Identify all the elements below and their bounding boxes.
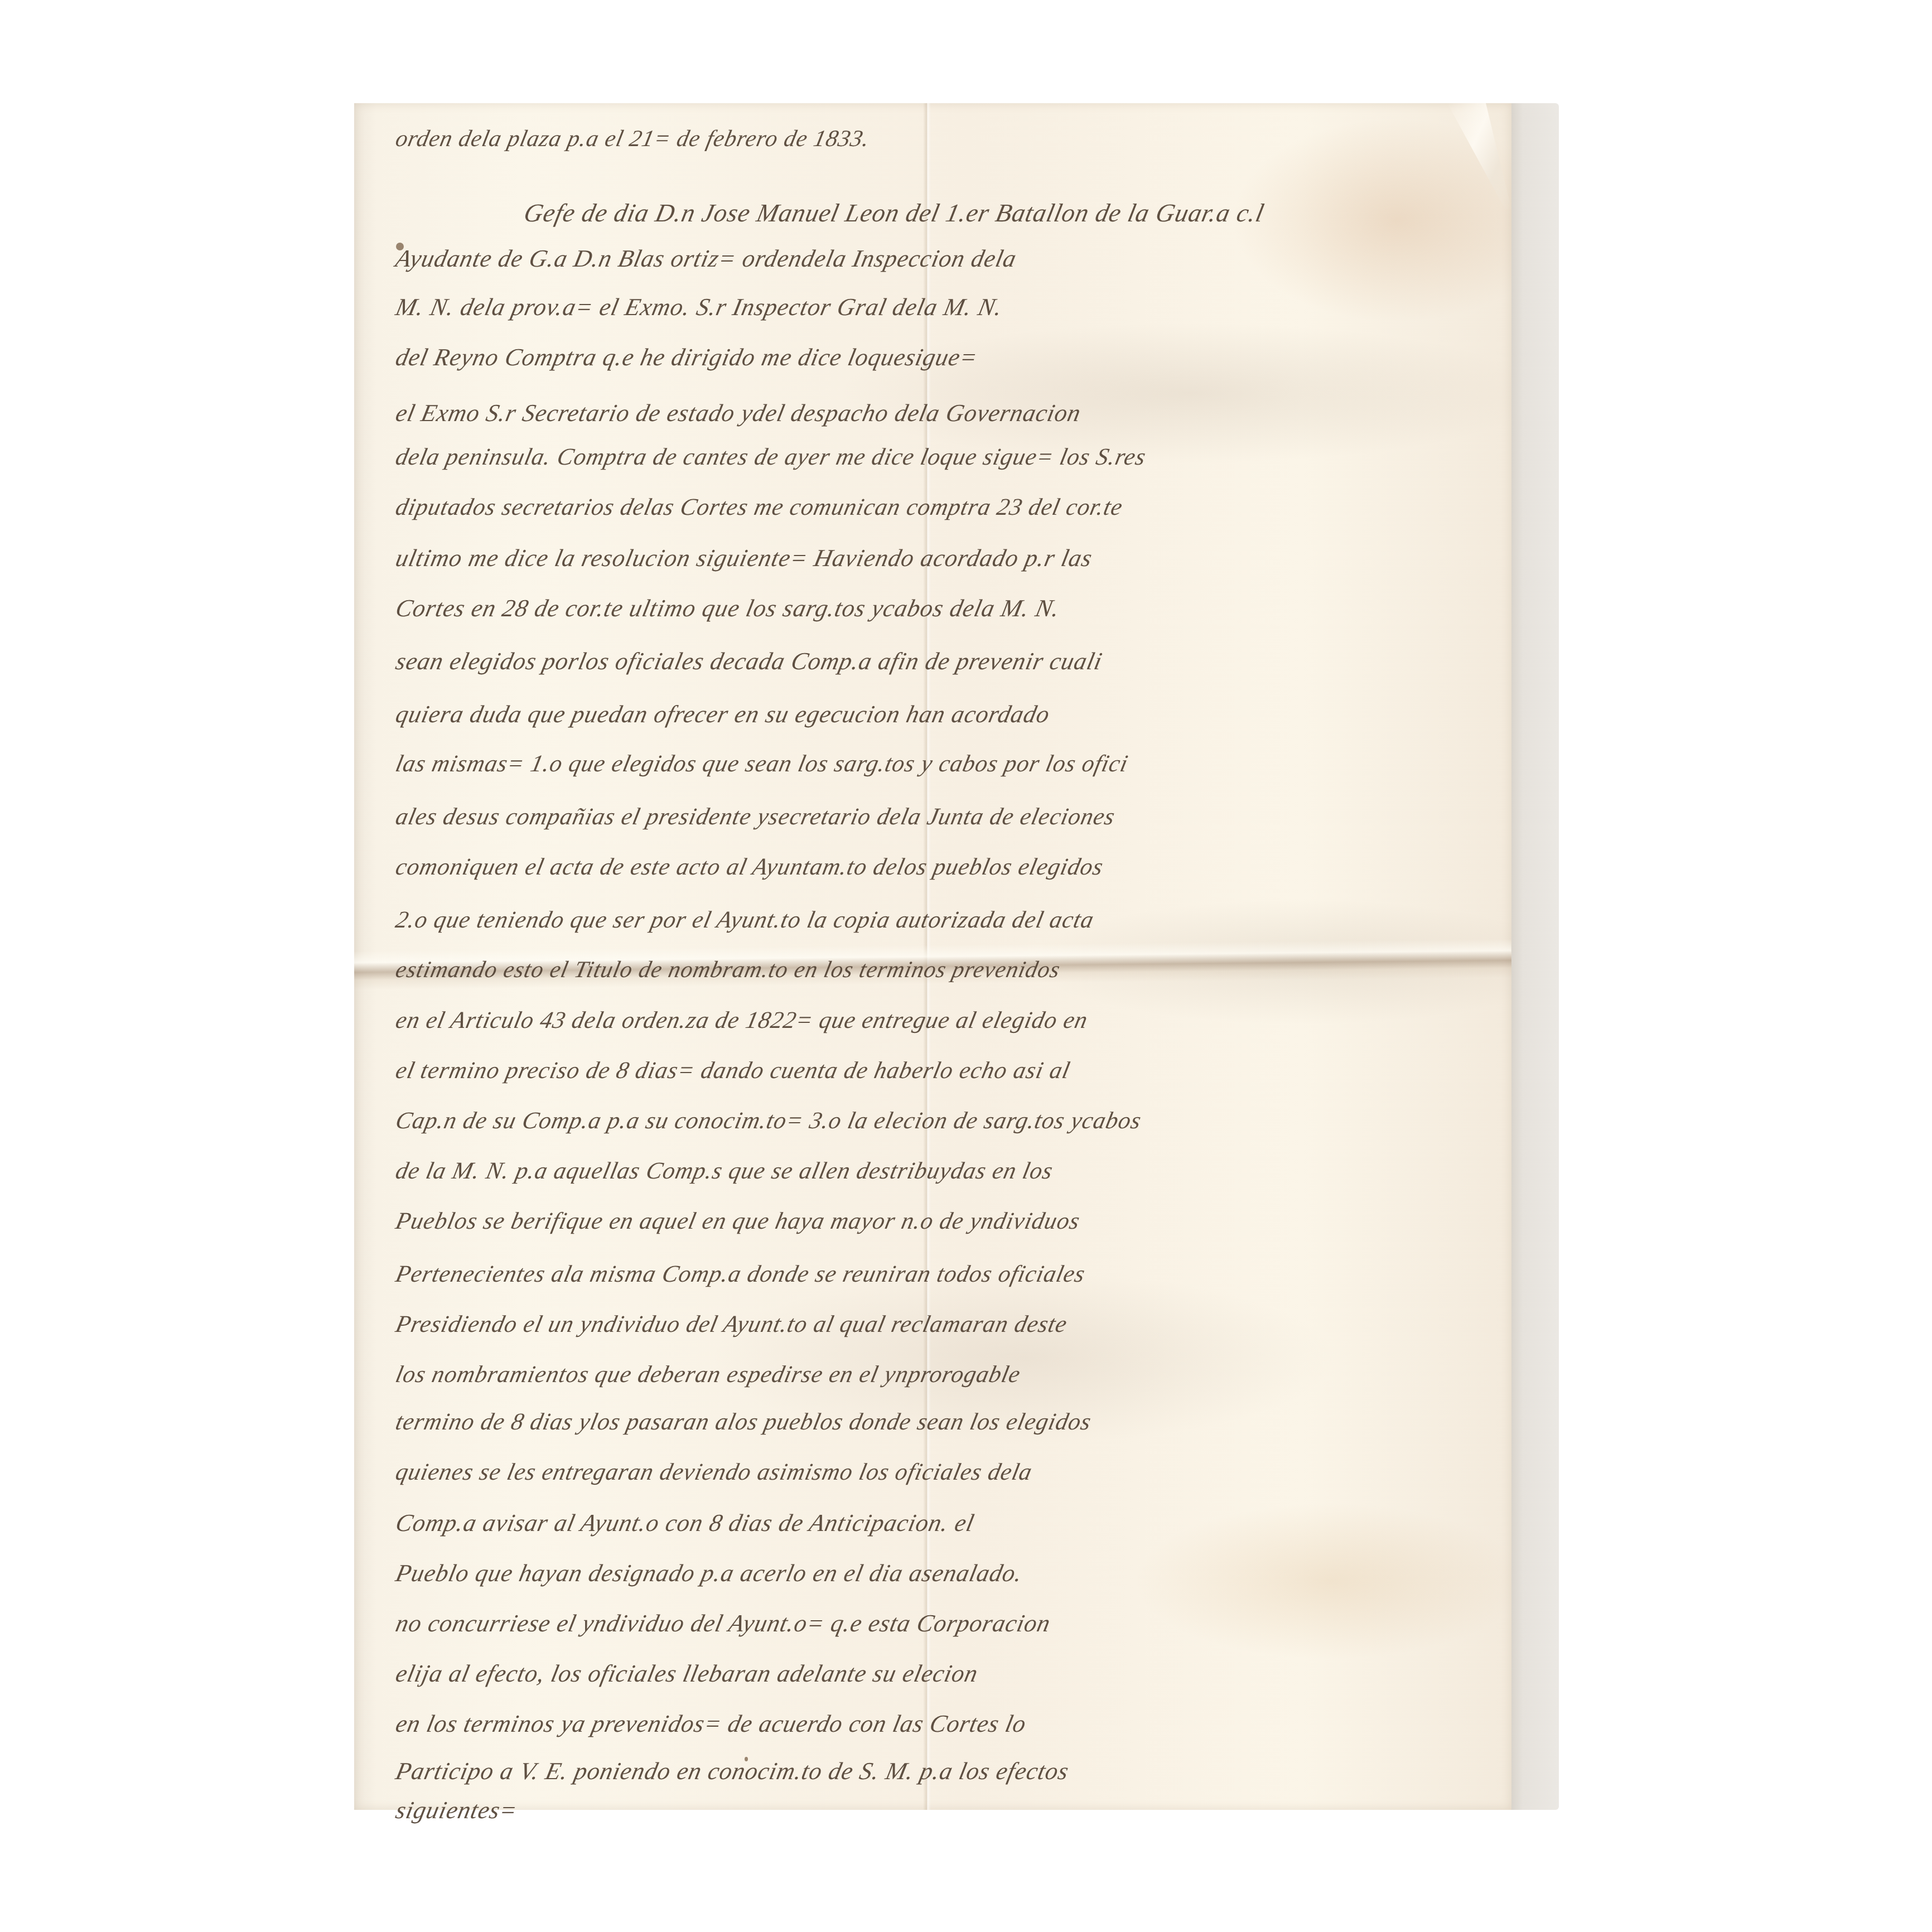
manuscript-line: dela peninsula. Comptra de cantes de aye… (393, 443, 1148, 471)
manuscript-line: Cap.n de su Comp.a p.a su conocim.to= 3.… (393, 1107, 1144, 1134)
manuscript-line: sean elegidos porlos oficiales decada Co… (393, 647, 1105, 675)
manuscript-line: en el Articulo 43 dela orden.za de 1822=… (393, 1007, 1090, 1034)
manuscript-line: ales desus compañias el presidente ysecr… (393, 803, 1118, 830)
manuscript-line: Cortes en 28 de cor.te ultimo que los sa… (393, 594, 1062, 622)
manuscript-line: quiera duda que puedan ofrecer en su ege… (393, 700, 1052, 728)
manuscript-line: de la M. N. p.a aquellas Comp.s que se a… (393, 1157, 1056, 1185)
manuscript-line: no concurriese el yndividuo del Ayunt.o=… (393, 1609, 1053, 1638)
manuscript-line: quienes se les entregaran deviendo asimi… (393, 1458, 1035, 1486)
manuscript-line: elija al efecto, los oficiales llebaran … (393, 1659, 981, 1688)
manuscript-line: siguientes= (393, 1796, 520, 1824)
manuscript-line: el termino preciso de 8 dias= dando cuen… (393, 1057, 1073, 1084)
manuscript-line: comoniquen el acta de este acto al Ayunt… (393, 853, 1106, 881)
document-heading: orden dela plaza p.a el 21= de febrero d… (393, 125, 872, 152)
manuscript-line: el Exmo S.r Secretario de estado ydel de… (393, 399, 1084, 427)
manuscript-line: ultimo me dice la resolucion siguiente= … (393, 544, 1095, 572)
manuscript-line: Participo a V. E. poniendo en conocim.to… (393, 1757, 1071, 1785)
manuscript-line: Gefe de dia D.n Jose Manuel Leon del 1.e… (521, 198, 1267, 228)
manuscript-line: en los terminos ya prevenidos= de acuerd… (393, 1709, 1029, 1738)
manuscript-line: M. N. dela prov.a= el Exmo. S.r Inspecto… (393, 293, 1005, 321)
manuscript-sheet: orden dela plaza p.a el 21= de febrero d… (354, 103, 1559, 1810)
manuscript-line: las mismas= 1.o que elegidos que sean lo… (393, 750, 1131, 777)
manuscript-line: los nombramientos que deberan espedirse … (393, 1361, 1023, 1388)
paper-edge-strip (1511, 103, 1559, 1810)
manuscript-line: Presidiendo el un yndividuo del Ayunt.to… (393, 1311, 1070, 1338)
manuscript-line: del Reyno Comptra q.e he dirigido me dic… (393, 343, 981, 371)
manuscript-line: Pueblo que hayan designado p.a acerlo en… (393, 1559, 1025, 1587)
manuscript-line: estimando esto el Titulo de nombram.to e… (393, 957, 1063, 983)
manuscript-line: Pueblos se berifique en aquel en que hay… (393, 1207, 1083, 1235)
manuscript-line: termino de 8 dias ylos pasaran alos pueb… (393, 1408, 1094, 1436)
manuscript-line: diputados secretarios delas Cortes me co… (393, 494, 1126, 521)
manuscript-line: Ayudante de G.a D.n Blas ortiz= ordendel… (393, 244, 1019, 273)
manuscript-line: Pertenecientes ala misma Comp.a donde se… (393, 1260, 1088, 1288)
manuscript-line: 2.o que teniendo que ser por el Ayunt.to… (393, 906, 1097, 934)
manuscript-line: Comp.a avisar al Ayunt.o con 8 dias de A… (393, 1509, 977, 1537)
